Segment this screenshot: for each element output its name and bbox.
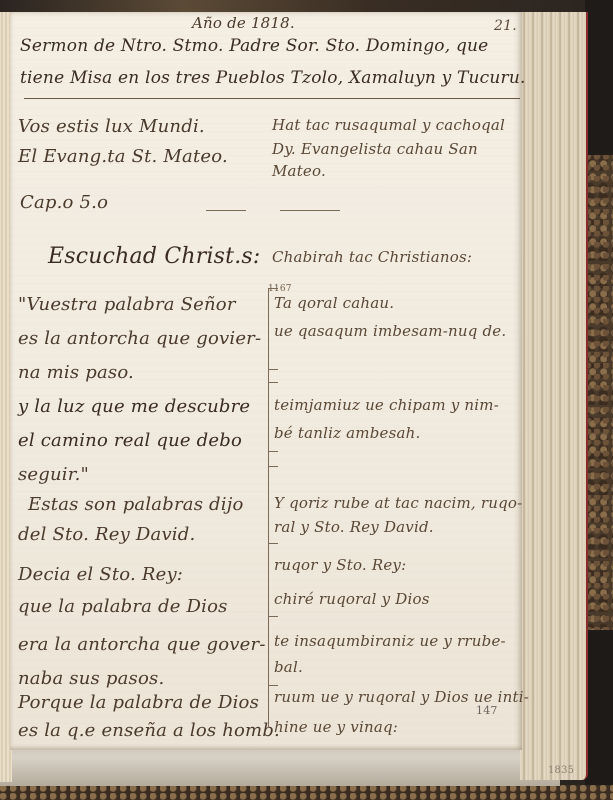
text-line: Y qoriz rube at tac nacim, ruqo- xyxy=(274,494,522,512)
text-line: ruqor y Sto. Rey: xyxy=(274,556,406,574)
text-line: es la antorcha que govier- xyxy=(18,328,261,349)
text-line: bal. xyxy=(274,658,303,676)
text-line: es la q.e enseña a los homb. xyxy=(18,720,280,741)
header-rule xyxy=(24,98,520,99)
text-line: Cap.o 5.o xyxy=(20,192,108,213)
pencil-folio-number: 147 xyxy=(476,704,498,717)
text-line: Ta qoral cahau. xyxy=(274,294,394,312)
text-line: Decia el Sto. Rey: xyxy=(18,564,183,585)
text-line: era la antorcha que gover- xyxy=(18,634,266,655)
faint-stamp-number: 1835 xyxy=(548,765,574,776)
board-shadow-bottom xyxy=(585,630,613,800)
dash-mark xyxy=(206,210,246,211)
page-number: 21. xyxy=(494,18,517,34)
text-line: ue qasaqum imbesam-nuq de. xyxy=(274,322,506,340)
text-line: hine ue y vinaq: xyxy=(274,718,398,736)
header-year: Año de 1818. xyxy=(192,14,295,32)
text-line: na mis paso. xyxy=(18,362,134,383)
text-line: Chabirah tac Christianos: xyxy=(272,248,472,266)
manuscript-page: Año de 1818. 21. Sermon de Ntro. Stmo. P… xyxy=(10,12,522,750)
text-line: El Evang.ta St. Mateo. xyxy=(18,146,228,167)
text-line: Estas son palabras dijo xyxy=(28,494,244,515)
text-line: el camino real que debo xyxy=(18,430,242,451)
header-title-line-1: Sermon de Ntro. Stmo. Padre Sor. Sto. Do… xyxy=(20,36,488,56)
text-line: teimjamiuz ue chipam y nim- xyxy=(274,396,499,414)
page-edge-stack xyxy=(520,12,588,780)
text-line: seguir." xyxy=(18,464,89,485)
text-line: que la palabra de Dios xyxy=(18,596,228,617)
dash-mark xyxy=(280,210,340,211)
text-line: naba sus pasos. xyxy=(18,668,164,689)
text-line: Dy. Evangelista cahau San xyxy=(272,140,478,158)
book-board-right xyxy=(585,0,613,800)
text-line: chiré ruqoral y Dios xyxy=(274,590,430,608)
text-line: ral y Sto. Rey David. xyxy=(274,518,434,536)
text-line: Porque la palabra de Dios xyxy=(18,692,259,713)
text-line: Hat tac rusaqumal y cachoqal xyxy=(272,116,505,134)
margin-mark: 1167 xyxy=(268,284,292,294)
book-board-bottom xyxy=(0,785,613,800)
text-line: Vos estis lux Mundi. xyxy=(18,116,205,137)
header-title-line-2: tiene Misa en los tres Pueblos Tzolo, Xa… xyxy=(20,68,526,88)
text-line: te insaqumbiraniz ue y rrube- xyxy=(274,632,506,650)
board-shadow-top xyxy=(585,0,613,155)
text-line: del Sto. Rey David. xyxy=(18,524,195,545)
text-line-heading: Escuchad Christ.s: xyxy=(48,244,261,269)
text-line: y la luz que me descubre xyxy=(18,396,250,417)
text-line: Mateo. xyxy=(272,162,326,180)
text-line: "Vuestra palabra Señor xyxy=(18,294,236,315)
text-line: bé tanliz ambesah. xyxy=(274,424,420,442)
